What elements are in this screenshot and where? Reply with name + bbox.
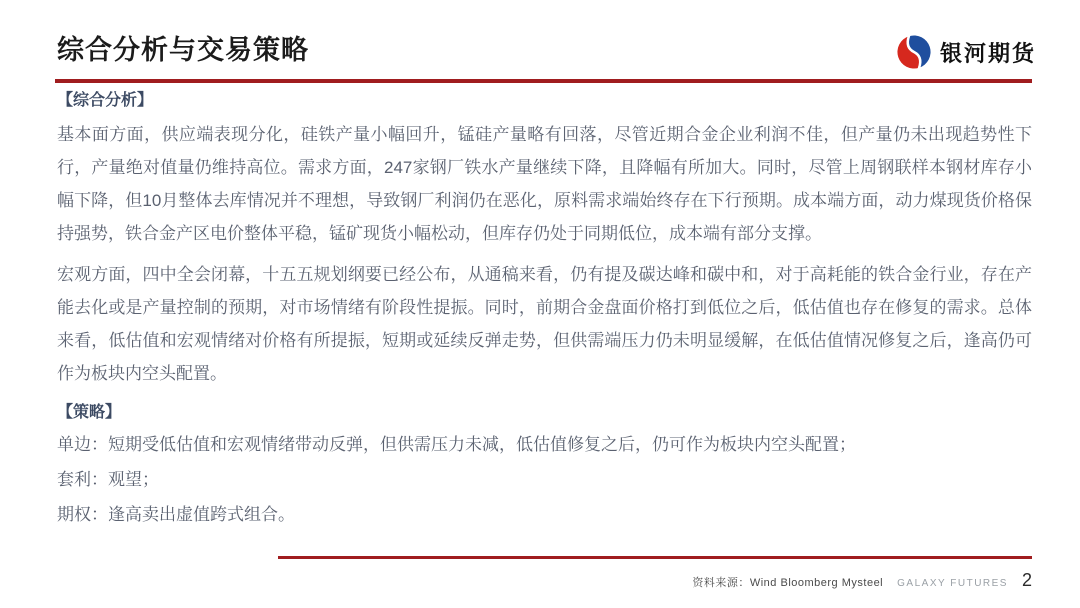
slide-footer: 资料来源：Wind Bloomberg Mysteel GALAXY FUTUR… bbox=[692, 570, 1032, 591]
section-heading-analysis: 【综合分析】 bbox=[57, 90, 1032, 112]
footer-divider bbox=[278, 556, 1032, 559]
strategy-line-unilateral: 单边：短期受低估值和宏观情绪带动反弹，但供需压力未减，低估值修复之后，仍可作为板… bbox=[57, 434, 1032, 456]
title-divider bbox=[55, 79, 1032, 83]
strategy-line-arbitrage: 套利：观望； bbox=[57, 469, 1032, 491]
analysis-paragraph-macro: 宏观方面，四中全会闭幕，十五五规划纲要已经公布，从通稿来看，仍有提及碳达峰和碳中… bbox=[57, 258, 1032, 390]
section-heading-strategy: 【策略】 bbox=[57, 402, 1032, 424]
page-title: 综合分析与交易策略 bbox=[57, 28, 309, 67]
brand-logo-text: 银河期货 bbox=[940, 37, 1036, 68]
page-number: 2 bbox=[1022, 570, 1032, 591]
content-area: 【综合分析】 基本面方面，供应端表现分化，硅铁产量小幅回升，锰硅产量略有回落，尽… bbox=[57, 90, 1032, 526]
strategy-line-options: 期权：逢高卖出虚值跨式组合。 bbox=[57, 504, 1032, 526]
brand-logo: 银河期货 bbox=[896, 34, 1036, 70]
footer-brand-text: GALAXY FUTURES bbox=[897, 578, 1008, 589]
source-label: 资料来源：Wind Bloomberg Mysteel bbox=[692, 574, 883, 590]
analysis-paragraph-fundamentals: 基本面方面，供应端表现分化，硅铁产量小幅回升，锰硅产量略有回落，尽管近期合金企业… bbox=[57, 118, 1032, 250]
galaxy-futures-logo-icon bbox=[896, 34, 932, 70]
report-slide: 综合分析与交易策略 银河期货 【综合分析】 基本面方面，供应端表现分化，硅铁产量… bbox=[0, 0, 1080, 608]
